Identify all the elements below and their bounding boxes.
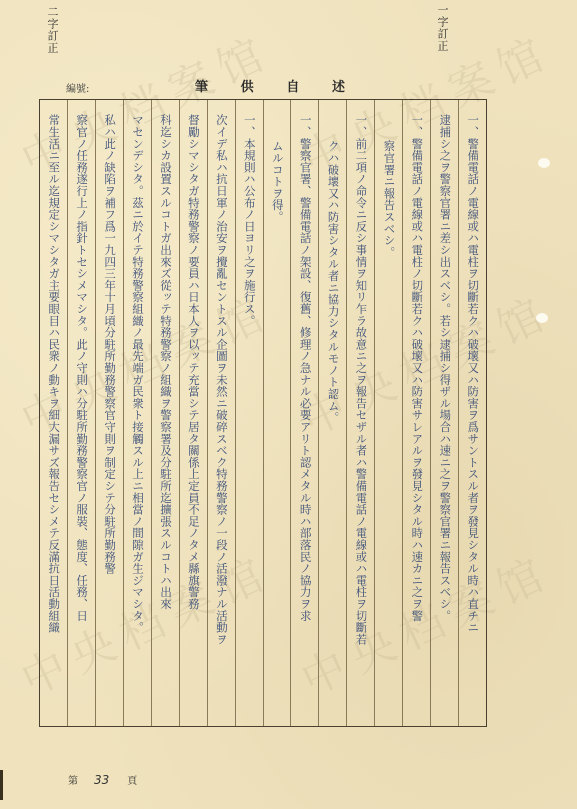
column-text: 一、本規則ハ公布ノ日ヨリ之ヲ施行ス。: [243, 114, 255, 714]
column-text: マセンデシタ。茲ニ於イテ特務警察組織ノ最先端ガ民衆ト接觸スル上ニ相當ノ間隙ガ生ジ…: [131, 114, 143, 714]
text-column: 一、警備電話ノ電線或ハ電柱ヲ切斷若クハ破壞又ハ防害ヲ爲サントスル者ヲ發見シタル時…: [458, 100, 486, 726]
edge-mark: [0, 770, 3, 800]
page-suffix: 頁: [127, 776, 137, 787]
text-column: 一、前二項ノ命令ニ反シ事情ヲ知リ乍ラ故意ニ之ヲ報告セザル者ハ警備電話ノ電線或ハ電…: [346, 100, 374, 726]
text-column: クハ破壞又ハ防害シタル者ニ協力シタルモノト認ム。: [318, 100, 346, 726]
margin-note-left: 二字訂正: [44, 6, 60, 54]
margin-note-right: 一字訂正: [434, 4, 450, 52]
column-text: 科迄シカ設置スルコトガ出來ズ從ッテ特務警察ノ組織ヲ警察署及分駐所迄擴張スルコトハ…: [159, 114, 171, 714]
column-text: 次イデ私ハ抗日軍ノ治安ヲ攪亂セントスル企圖ヲ未然ニ破碎スベク特務警察ノ一段ノ活潑…: [215, 114, 227, 714]
text-column: 一、警備電話ノ電線或ハ電柱ノ切斷若クハ破壞又ハ防害サレアルヲ發見シタル時ハ速カニ…: [402, 100, 430, 726]
text-column: 科迄シカ設置スルコトガ出來ズ從ッテ特務警察ノ組織ヲ警察署及分駐所迄擴張スルコトハ…: [151, 100, 179, 726]
column-text: 逮捕シ之ヲ警察官署ニ差シ出スベシ。若シ逮捕シ得ザル場合ハ速ニ之ヲ警察官署ニ報告ス…: [439, 114, 451, 714]
column-text: ムルコトヲ得。: [271, 140, 283, 740]
column-text: 察官ノ任務遂行上ノ指針トセシメマシタ。此ノ守則ハ分駐所勤務警察官ノ服裝、態度、任…: [76, 114, 88, 714]
text-column: 一、本規則ハ公布ノ日ヨリ之ヲ施行ス。: [235, 100, 263, 726]
column-text: 私ハ此ノ缺陷ヲ補フ爲一九四三年十月頃分駐所勤務警察官守則ヲ制定シテ分駐所勤務警: [104, 114, 116, 714]
column-text: 一、警察官署、警備電話ノ架設、復舊、修理ノ急ナル必要アリト認メタル時ハ部落民ノ協…: [299, 114, 311, 714]
text-column: 察官署ニ報告スベシ。: [374, 100, 402, 726]
title-char: 自: [286, 76, 299, 95]
title-char: 供: [241, 76, 254, 95]
column-text: 一、警備電話ノ電線或ハ電柱ノ切斷若クハ破壞又ハ防害サレアルヲ發見シタル時ハ速カニ…: [411, 114, 423, 714]
serial-number-label: 編號:: [66, 80, 89, 95]
title-char: 述: [332, 76, 345, 95]
column-text: 一、警備電話ノ電線或ハ電柱ヲ切斷若クハ破壞又ハ防害ヲ爲サントスル者ヲ發見シタル時…: [467, 114, 479, 714]
page-footer: 第33頁: [68, 772, 137, 787]
text-column: 私ハ此ノ缺陷ヲ補フ爲一九四三年十月頃分駐所勤務警察官守則ヲ制定シテ分駐所勤務警: [95, 100, 123, 726]
text-column: 察官ノ任務遂行上ノ指針トセシメマシタ。此ノ守則ハ分駐所勤務警察官ノ服裝、態度、任…: [67, 100, 95, 726]
text-column: 次イデ私ハ抗日軍ノ治安ヲ攪亂セントスル企圖ヲ未然ニ破碎スベク特務警察ノ一段ノ活潑…: [207, 100, 235, 726]
column-text: 常生活ニ至ル迄規定シマシタガ主要眼目ハ民衆ノ動キヲ細大漏サズ報告セシメテ反滿抗日…: [48, 114, 60, 714]
document-title: 筆 供 自 述: [195, 76, 345, 95]
column-text: 一、前二項ノ命令ニ反シ事情ヲ知リ乍ラ故意ニ之ヲ報告セザル者ハ警備電話ノ電線或ハ電…: [355, 114, 367, 714]
page-number: 33: [94, 773, 109, 787]
column-text: 督勵シマシタガ特務警察ノ要員ハ日本人ヲ以ッテ充當シテ居タ關係上定員不足ノタメ縣旗…: [187, 114, 199, 714]
text-column: 一、警察官署、警備電話ノ架設、復舊、修理ノ急ナル必要アリト認メタル時ハ部落民ノ協…: [290, 100, 318, 726]
punch-hole: [536, 313, 548, 323]
page-prefix: 第: [68, 776, 78, 787]
column-text: クハ破壞又ハ防害シタル者ニ協力シタルモノト認ム。: [327, 140, 339, 740]
text-column: 逮捕シ之ヲ警察官署ニ差シ出スベシ。若シ逮捕シ得ザル場合ハ速ニ之ヲ警察官署ニ報告ス…: [430, 100, 458, 726]
text-column: マセンデシタ。茲ニ於イテ特務警察組織ノ最先端ガ民衆ト接觸スル上ニ相當ノ間隙ガ生ジ…: [123, 100, 151, 726]
text-column: 督勵シマシタガ特務警察ノ要員ハ日本人ヲ以ッテ充當シテ居タ關係上定員不足ノタメ縣旗…: [179, 100, 207, 726]
manuscript-sheet: 一、警備電話ノ電線或ハ電柱ヲ切斷若クハ破壞又ハ防害ヲ爲サントスル者ヲ發見シタル時…: [39, 99, 487, 727]
text-column: 常生活ニ至ル迄規定シマシタガ主要眼目ハ民衆ノ動キヲ細大漏サズ報告セシメテ反滿抗日…: [40, 100, 67, 726]
punch-hole: [538, 158, 550, 168]
text-column: ムルコトヲ得。: [263, 100, 291, 726]
title-char: 筆: [195, 76, 208, 95]
column-text: 察官署ニ報告スベシ。: [383, 140, 395, 740]
